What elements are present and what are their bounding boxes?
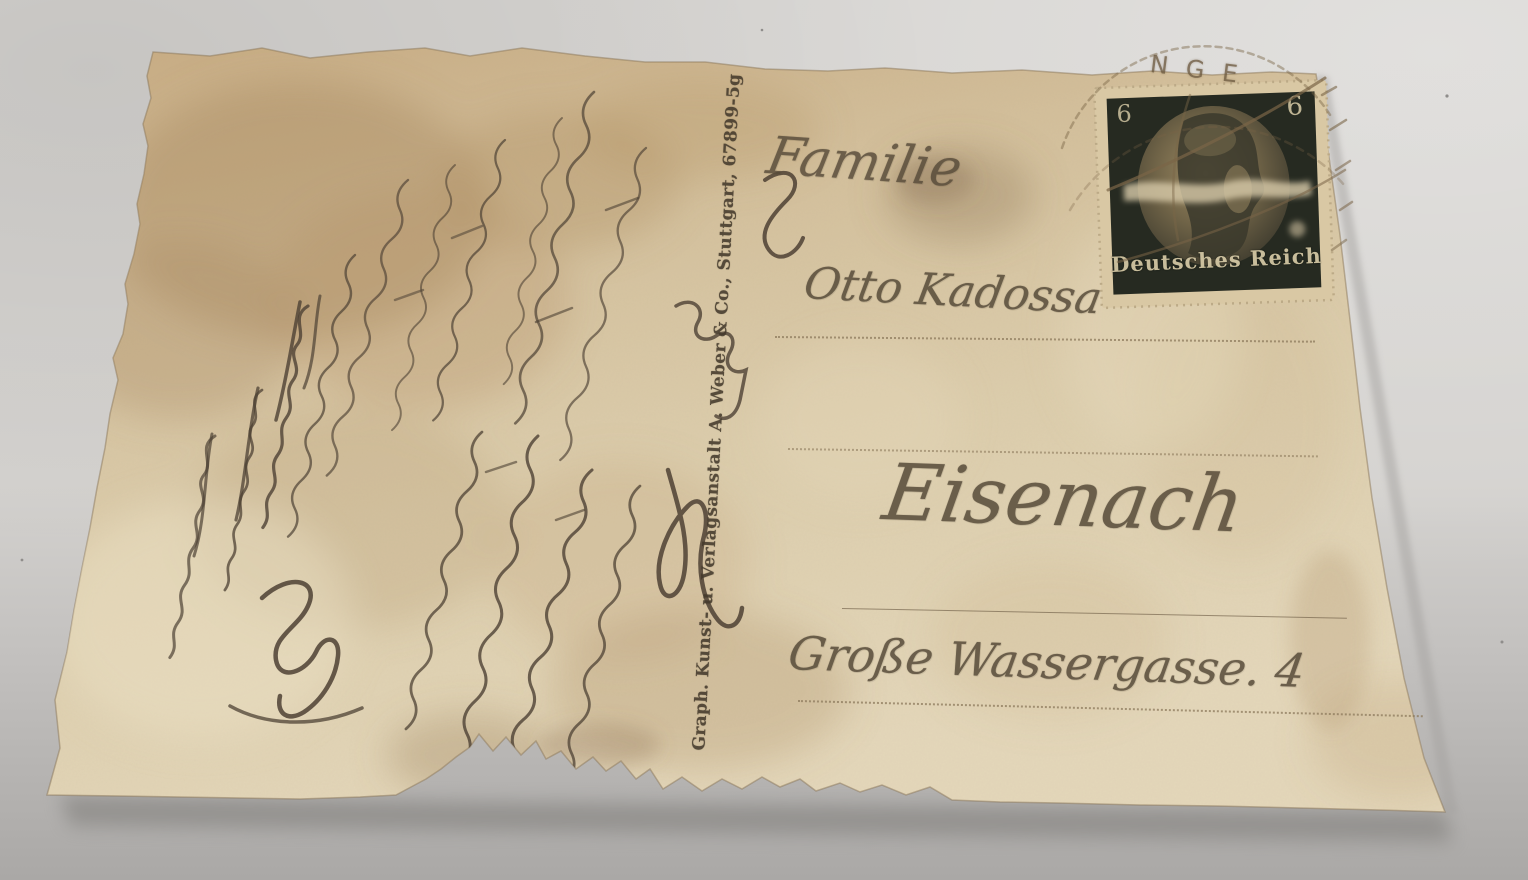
handwritten-city: Eisenach: [883, 448, 1245, 550]
stamp-denomination-left: 6: [1116, 99, 1132, 128]
photo-scene: Graph. Kunst- u. Verlagsanstalt A. Weber…: [0, 0, 1528, 880]
stamp-denomination-right: 6: [1286, 91, 1304, 122]
postcard-photo-art: [0, 0, 1528, 880]
